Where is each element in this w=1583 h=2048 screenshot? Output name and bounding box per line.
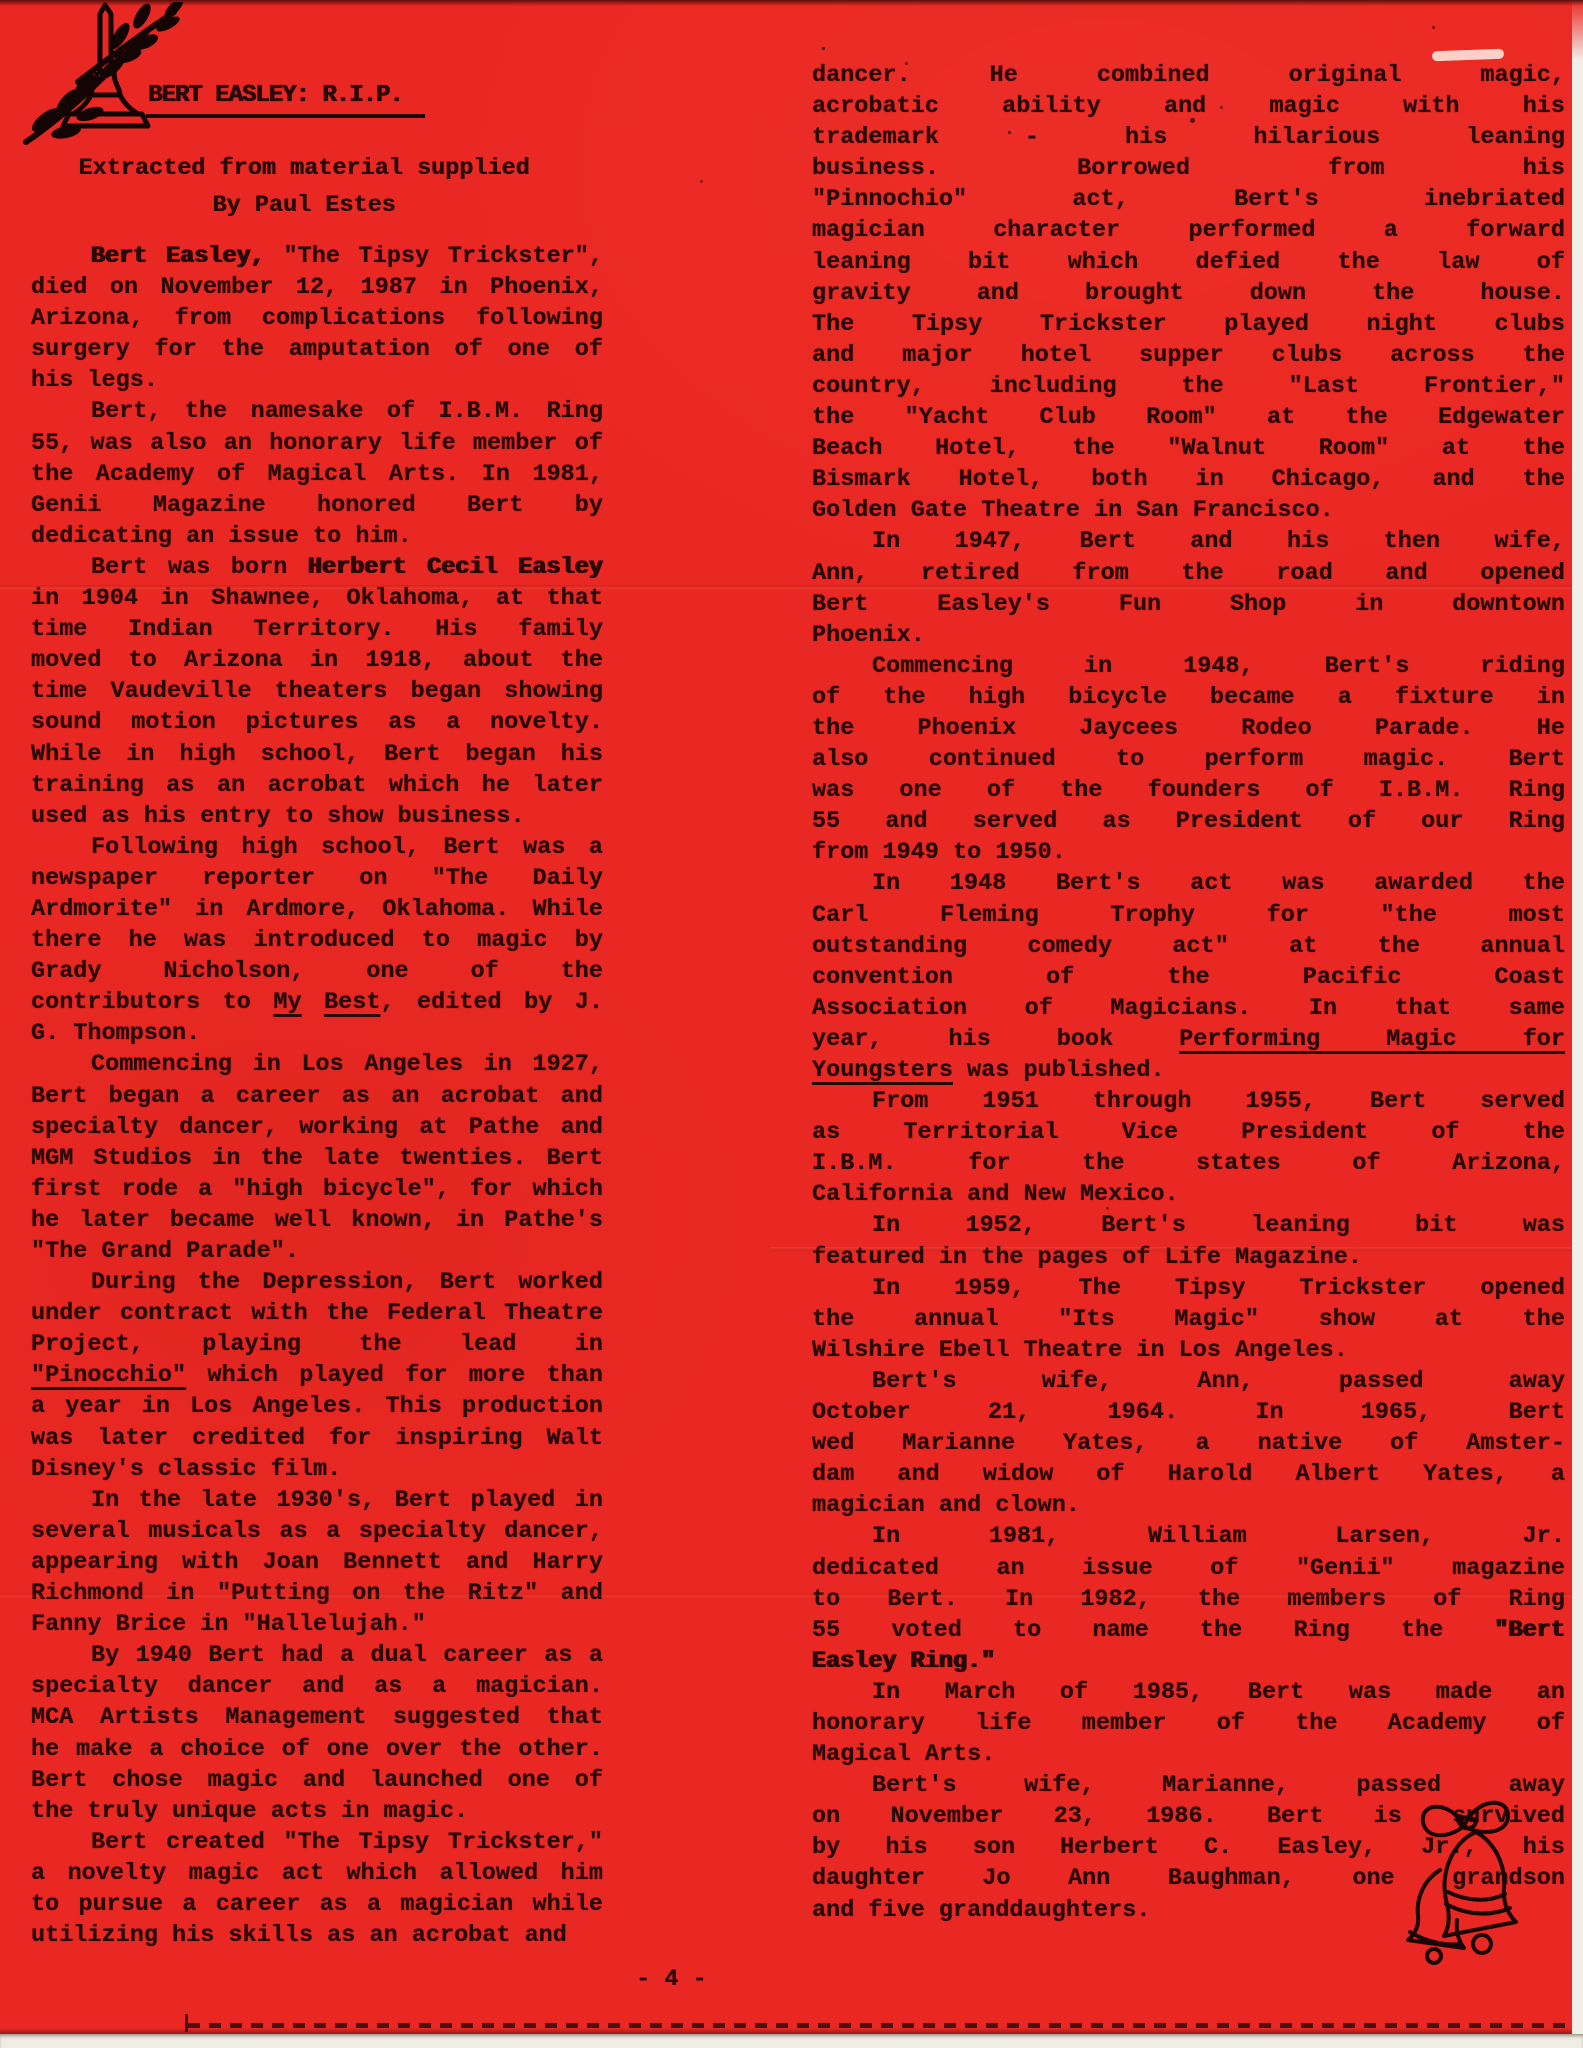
text-run: Best [324,989,380,1016]
text-line: sound motion pictures as a novelty. [31,707,603,738]
text-run: the truly unique acts in magic. [31,1798,468,1825]
text-line: In 1981, William Larsen, Jr. [812,1521,1565,1552]
text-line: Commencing in Los Angeles in 1927, [31,1049,603,1080]
text-line: of the high bicycle became a fixture in [812,682,1565,713]
text-run: died on November 12, 1987 in Phoenix, [31,274,603,301]
text-run: Easley Ring." [812,1648,995,1675]
text-run: "Bert [1494,1617,1565,1644]
text-run: a year in Los Angeles. This production [31,1393,603,1420]
newsletter-page: BERT EASLEY: R.I.P. Extracted from mater… [0,0,1583,2048]
text-run: newspaper reporter on "The Daily [31,865,603,892]
text-line: contributors to My Best, edited by J. [31,987,603,1018]
text-line: the Academy of Magical Arts. In 1981, [31,459,603,490]
text-run: was published. [953,1057,1165,1084]
text-run: By 1940 Bert had a dual career as a [91,1642,603,1669]
text-run: Fanny Brice in "Hallelujah." [31,1611,426,1638]
text-line: as Territorial Vice President of the [812,1117,1565,1148]
text-line: Ann, retired from the road and opened [812,558,1565,589]
text-line: leaning bit which defied the law of [812,247,1565,278]
text-line: Genii Magazine honored Bert by [31,490,603,521]
text-line: he make a choice of one over the other. [31,1734,603,1765]
text-run: Bert created "The Tipsy Trickster," [91,1829,603,1856]
text-line: time Vaudeville theaters began showing [31,676,603,707]
text-run: year, his book [812,1026,1179,1053]
text-run [302,989,324,1016]
text-line: 55, was also an honorary life member of [31,428,603,459]
text-run: October 21, 1964. In 1965, Bert [812,1399,1565,1426]
text-run: In the late 1930's, Bert played in [91,1487,603,1514]
text-line: By 1940 Bert had a dual career as a [31,1640,603,1671]
text-line: moved to Arizona in 1918, about the [31,645,603,676]
text-run: Project, playing the lead in [31,1331,603,1358]
text-run: MGM Studios in the late twenties. Bert [31,1145,603,1172]
text-run: surgery for the amputation of one of [31,336,603,363]
text-run: 55, was also an honorary life member of [31,430,603,457]
text-line: In 1947, Bert and his then wife, [812,526,1565,557]
text-line: October 21, 1964. In 1965, Bert [812,1397,1565,1428]
text-run: Commencing in 1948, Bert's riding [872,653,1565,680]
text-line: "Pinocchio" which played for more than [31,1360,603,1391]
text-run: During the Depression, Bert worked [91,1269,603,1296]
text-run: Association of Magicians. In that same [812,995,1565,1022]
text-line: died on November 12, 1987 in Phoenix, [31,272,603,303]
text-line: magician and clown. [812,1490,1565,1521]
text-line: MGM Studios in the late twenties. Bert [31,1143,603,1174]
text-run: from 1949 to 1950. [812,839,1066,866]
text-run: Youngsters [812,1057,953,1084]
text-line: Youngsters was published. [812,1055,1565,1086]
text-line: Arizona, from complications following [31,303,603,334]
text-line: first rode a "high bicycle", for which [31,1174,603,1205]
text-run: dancer. He combined original magic, [812,62,1565,89]
text-line: Project, playing the lead in [31,1329,603,1360]
text-line: MCA Artists Management suggested that [31,1702,603,1733]
text-line: his legs. [31,365,603,396]
text-run: Herbert Cecil Easley [308,554,603,581]
text-run: Ann, retired from the road and opened [812,560,1565,587]
text-line: Bert created "The Tipsy Trickster," [31,1827,603,1858]
text-line: 55 voted to name the Ring the "Bert [812,1615,1565,1646]
text-run: country, including the "Last Frontier," [812,373,1565,400]
text-line: dedicated an issue of "Genii" magazine [812,1553,1565,1584]
text-run: time Indian Territory. His family [31,616,603,643]
text-run: Performing Magic for [1179,1026,1565,1053]
text-line: the annual "Its Magic" show at the [812,1304,1565,1335]
text-run: was one of the founders of I.B.M. Ring [812,777,1565,804]
text-run: Beach Hotel, the "Walnut Room" at the [812,435,1565,462]
text-line: used as his entry to show business. [31,801,603,832]
text-line: newspaper reporter on "The Daily [31,863,603,894]
text-run: Following high school, Bert was a [91,834,603,861]
text-run: moved to Arizona in 1918, about the [31,647,603,674]
text-run: The Tipsy Trickster played night clubs [812,311,1565,338]
text-run: Golden Gate Theatre in San Francisco. [812,497,1334,524]
text-line: I.B.M. for the states of Arizona, [812,1148,1565,1179]
text-run: a novelty magic act which allowed him [31,1860,603,1887]
text-run: "The Tipsy Trickster", [265,243,603,270]
text-run: Magical Arts. [812,1741,995,1768]
text-line: Bert Easley's Fun Shop in downtown [812,589,1565,620]
text-line: and major hotel supper clubs across the [812,340,1565,371]
text-run: in 1904 in Shawnee, Oklahoma, at that [31,585,603,612]
text-line: a year in Los Angeles. This production [31,1391,603,1422]
text-line: under contract with the Federal Theatre [31,1298,603,1329]
text-line: Bert began a career as an acrobat and [31,1081,603,1112]
text-line: The Tipsy Trickster played night clubs [812,309,1565,340]
text-line: Association of Magicians. In that same [812,993,1565,1024]
text-run: the Academy of Magical Arts. In 1981, [31,461,603,488]
text-run: several musicals as a specialty dancer, [31,1518,603,1545]
text-run: "Pinocchio" [31,1362,186,1389]
text-run: to pursue a career as a magician while [31,1891,603,1918]
text-line: was later credited for inspiring Walt [31,1423,603,1454]
text-line: gravity and brought down the house. [812,278,1565,309]
text-line: magician character performed a forward [812,215,1565,246]
text-run: Bert Easley, [91,243,265,270]
text-run: Bert was born [91,554,308,581]
text-line: convention of the Pacific Coast [812,962,1565,993]
text-run: In 1952, Bert's leaning bit was [872,1212,1565,1239]
text-run: I.B.M. for the states of Arizona, [812,1150,1565,1177]
text-run: G. Thompson. [31,1020,200,1047]
text-run: Ardmorite" in Ardmore, Oklahoma. While [31,896,603,923]
text-line: Beach Hotel, the "Walnut Room" at the [812,433,1565,464]
text-run: Bismark Hotel, both in Chicago, and the [812,466,1565,493]
text-line: wed Marianne Yates, a native of Amster- [812,1428,1565,1459]
text-run: From 1951 through 1955, Bert served [872,1088,1565,1115]
text-run: as Territorial Vice President of the [812,1119,1565,1146]
text-line: dam and widow of Harold Albert Yates, a [812,1459,1565,1490]
text-line: Grady Nicholson, one of the [31,956,603,987]
text-line: specialty dancer and as a magician. [31,1671,603,1702]
text-run: "The Grand Parade". [31,1238,299,1265]
text-line: In 1952, Bert's leaning bit was [812,1210,1565,1241]
byline: Extracted from material supplied By Paul… [28,150,580,224]
text-run: California and New Mexico. [812,1181,1179,1208]
text-line: Following high school, Bert was a [31,832,603,863]
text-line: In the late 1930's, Bert played in [31,1485,603,1516]
text-run: outstanding comedy act" at the annual [812,933,1565,960]
left-column: Bert Easley, "The Tipsy Trickster",died … [31,241,603,1951]
text-line: in 1904 in Shawnee, Oklahoma, at that [31,583,603,614]
text-line: Bert, the namesake of I.B.M. Ring [31,396,603,427]
text-line: specialty dancer, working at Pathe and [31,1112,603,1143]
page-title: BERT EASLEY: R.I.P. [146,82,425,118]
text-run: acrobatic ability and magic with his [812,93,1565,120]
text-run: Arizona, from complications following [31,305,603,332]
text-run: Phoenix. [812,622,925,649]
text-run: Bert's wife, Ann, passed away [872,1368,1565,1395]
text-run: In 1981, William Larsen, Jr. [872,1523,1565,1550]
text-run: 55 voted to name the Ring the [812,1617,1494,1644]
text-run: which played for more than [186,1362,603,1389]
text-line: from 1949 to 1950. [812,837,1565,868]
byline-line: Extracted from material supplied [28,150,580,187]
ink-speckles [822,47,825,50]
text-run: his legs. [31,367,158,394]
text-run: time Vaudeville theaters began showing [31,678,603,705]
candle-ornament-icon [20,2,198,152]
text-run: Carl Fleming Trophy for "the most [812,902,1565,929]
text-line: acrobatic ability and magic with his [812,91,1565,122]
text-line: several musicals as a specialty dancer, [31,1516,603,1547]
text-line: appearing with Joan Bennett and Harry [31,1547,603,1578]
text-run: dedicating an issue to him. [31,523,412,550]
text-run: and five granddaughters. [812,1897,1150,1924]
text-run: training as an acrobat which he later [31,772,603,799]
text-line: the truly unique acts in magic. [31,1796,603,1827]
text-line: surgery for the amputation of one of [31,334,603,365]
text-line: was one of the founders of I.B.M. Ring [812,775,1565,806]
text-run: he make a choice of one over the other. [31,1736,603,1763]
text-run: was later credited for inspiring Walt [31,1425,603,1452]
text-line: "The Grand Parade". [31,1236,603,1267]
text-run: there he was introduced to magic by [31,927,603,954]
text-line: Golden Gate Theatre in San Francisco. [812,495,1565,526]
text-line: California and New Mexico. [812,1179,1565,1210]
text-line: 55 and served as President of our Ring [812,806,1565,837]
text-line: Bert chose magic and launched one of [31,1765,603,1796]
text-line: Wilshire Ebell Theatre in Los Angeles. [812,1335,1565,1366]
text-run: and major hotel supper clubs across the [812,342,1565,369]
scan-top-edge [0,0,1583,6]
text-run: Disney's classic film. [31,1456,341,1483]
text-run: trademark - his hilarious leaning [812,124,1565,151]
text-line: he later became well known, in Pathe's [31,1205,603,1236]
text-run: While in high school, Bert began his [31,741,603,768]
text-run: the annual "Its Magic" show at the [812,1306,1565,1333]
text-run: magician and clown. [812,1492,1080,1519]
text-line: Carl Fleming Trophy for "the most [812,900,1565,931]
text-line: Easley Ring." [812,1646,1565,1677]
text-run: specialty dancer, working at Pathe and [31,1114,603,1141]
text-run: also continued to perform magic. Bert [812,746,1565,773]
text-line: G. Thompson. [31,1018,603,1049]
text-run: Bert chose magic and launched one of [31,1767,603,1794]
byline-line: By Paul Estes [28,187,580,224]
text-run: of the high bicycle became a fixture in [812,684,1565,711]
text-run: contributors to [31,989,273,1016]
text-line: featured in the pages of Life Magazine. [812,1242,1565,1273]
text-run: he later became well known, in Pathe's [31,1207,603,1234]
text-run: magician character performed a forward [812,217,1565,244]
text-line: Commencing in 1948, Bert's riding [812,651,1565,682]
text-run: Wilshire Ebell Theatre in Los Angeles. [812,1337,1348,1364]
text-line: Phoenix. [812,620,1565,651]
text-run: In 1947, Bert and his then wife, [872,528,1565,555]
text-line: While in high school, Bert began his [31,739,603,770]
text-line: to pursue a career as a magician while [31,1889,603,1920]
text-line: Richmond in "Putting on the Ritz" and [31,1578,603,1609]
text-line: a novelty magic act which allowed him [31,1858,603,1889]
text-run: In 1959, The Tipsy Trickster opened [872,1275,1565,1302]
text-line: the Phoenix Jaycees Rodeo Parade. He [812,713,1565,744]
text-line: dancer. He combined original magic, [812,60,1565,91]
text-line: During the Depression, Bert worked [31,1267,603,1298]
text-run: MCA Artists Management suggested that [31,1704,603,1731]
text-run: Genii Magazine honored Bert by [31,492,603,519]
right-column: dancer. He combined original magic,acrob… [812,60,1565,1926]
text-run: Bert, the namesake of I.B.M. Ring [91,398,603,425]
text-line: In 1959, The Tipsy Trickster opened [812,1273,1565,1304]
text-run: dam and widow of Harold Albert Yates, a [812,1461,1565,1488]
text-run: convention of the Pacific Coast [812,964,1565,991]
text-run: featured in the pages of Life Magazine. [812,1244,1362,1271]
text-line: In March of 1985, Bert was made an [812,1677,1565,1708]
text-run: to Bert. In 1982, the members of Ring [812,1586,1565,1613]
text-line: utilizing his skills as an acrobat and [31,1920,603,1951]
text-line: time Indian Territory. His family [31,614,603,645]
text-run: Grady Nicholson, one of the [31,958,603,985]
text-run: utilizing his skills as an acrobat and [31,1922,567,1949]
text-run: used as his entry to show business. [31,803,525,830]
text-line: also continued to perform magic. Bert [812,744,1565,775]
text-line: Magical Arts. [812,1739,1565,1770]
text-line: to Bert. In 1982, the members of Ring [812,1584,1565,1615]
text-run: "Pinnochio" act, Bert's inebriated [812,186,1565,213]
text-run: Bert Easley's Fun Shop in downtown [812,591,1565,618]
text-run: appearing with Joan Bennett and Harry [31,1549,603,1576]
text-run: dedicated an issue of "Genii" magazine [812,1555,1565,1582]
text-line: From 1951 through 1955, Bert served [812,1086,1565,1117]
text-line: Disney's classic film. [31,1454,603,1485]
text-line: country, including the "Last Frontier," [812,371,1565,402]
text-line: there he was introduced to magic by [31,925,603,956]
text-line: trademark - his hilarious leaning [812,122,1565,153]
text-line: Bismark Hotel, both in Chicago, and the [812,464,1565,495]
text-line: business. Borrowed from his [812,153,1565,184]
text-run: In March of 1985, Bert was made an [872,1679,1565,1706]
text-run: specialty dancer and as a magician. [31,1673,603,1700]
text-run: In 1948 Bert's act was awarded the [872,870,1565,897]
text-run: the "Yacht Club Room" at the Edgewater [812,404,1565,431]
text-line: Bert's wife, Ann, passed away [812,1366,1565,1397]
text-run: Richmond in "Putting on the Ritz" and [31,1580,603,1607]
text-run: business. Borrowed from his [812,155,1565,182]
scan-bottom-edge [0,2034,1583,2048]
text-line: dedicating an issue to him. [31,521,603,552]
scan-right-edge [1572,0,1583,2034]
text-run: , edited by J. [380,989,603,1016]
bells-ornament-icon [1390,1786,1550,1976]
text-line: year, his book Performing Magic for [812,1024,1565,1055]
text-run: 55 and served as President of our Ring [812,808,1565,835]
text-line: training as an acrobat which he later [31,770,603,801]
text-line: honorary life member of the Academy of [812,1708,1565,1739]
text-line: the "Yacht Club Room" at the Edgewater [812,402,1565,433]
text-run: sound motion pictures as a novelty. [31,709,603,736]
text-run: the Phoenix Jaycees Rodeo Parade. He [812,715,1565,742]
text-line: Ardmorite" in Ardmore, Oklahoma. While [31,894,603,925]
text-line: In 1948 Bert's act was awarded the [812,868,1565,899]
text-run: My [273,989,301,1016]
text-line: "Pinnochio" act, Bert's inebriated [812,184,1565,215]
text-line: Bert Easley, "The Tipsy Trickster", [31,241,603,272]
text-run: Commencing in Los Angeles in 1927, [91,1051,603,1078]
text-run: honorary life member of the Academy of [812,1710,1565,1737]
text-run: first rode a "high bicycle", for which [31,1176,603,1203]
text-line: outstanding comedy act" at the annual [812,931,1565,962]
text-run: wed Marianne Yates, a native of Amster- [812,1430,1565,1457]
text-run: under contract with the Federal Theatre [31,1300,603,1327]
text-line: Fanny Brice in "Hallelujah." [31,1609,603,1640]
text-line: Bert was born Herbert Cecil Easley [31,552,603,583]
text-run: gravity and brought down the house. [812,280,1565,307]
text-run: leaning bit which defied the law of [812,249,1565,276]
text-run: Bert began a career as an acrobat and [31,1083,603,1110]
page-number: - 4 - [636,1966,776,1993]
